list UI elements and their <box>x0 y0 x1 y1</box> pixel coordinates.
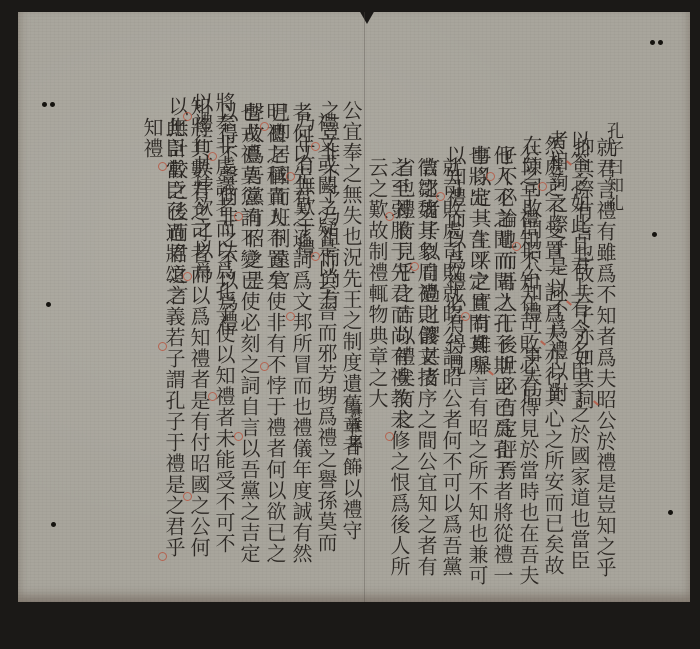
punctuation-mark <box>234 432 243 441</box>
punctuation-mark <box>512 242 521 251</box>
punctuation-mark <box>183 112 192 121</box>
punctuation-mark <box>260 362 269 371</box>
punctuation-mark <box>158 552 167 561</box>
punctuation-mark <box>385 432 394 441</box>
punctuation-mark <box>410 262 419 271</box>
punctuation-mark <box>260 122 269 131</box>
binding-hole <box>658 40 663 45</box>
punctuation-mark <box>385 212 394 221</box>
manuscript-leaf: 孔子曰知礼 就君言禮有雖爲不知者爲夫昭公於禮是豈知之乎抑其際有言也故夫子亦如其詞… <box>18 12 690 602</box>
punctuation-mark <box>286 172 295 181</box>
binding-hole <box>650 40 655 45</box>
binding-hole <box>51 522 56 527</box>
punctuation-mark <box>234 212 243 221</box>
punctuation-mark <box>286 312 295 321</box>
punctuation-mark <box>436 192 445 201</box>
punctuation-mark <box>311 252 320 261</box>
punctuation-mark <box>158 342 167 351</box>
punctuation-mark <box>183 272 192 281</box>
binding-hole <box>652 232 657 237</box>
center-fold <box>364 12 365 602</box>
punctuation-mark <box>183 492 192 501</box>
punctuation-mark <box>538 182 547 191</box>
punctuation-mark <box>311 142 320 151</box>
punctuation-mark <box>486 172 495 181</box>
text-column: 之至弱服于先君而尚有禮教未修之恨爲後人所云之歎故制禮輒物典章之大 <box>366 157 410 597</box>
punctuation-mark <box>208 392 217 401</box>
binding-hole <box>50 102 55 107</box>
binding-hole <box>668 510 673 515</box>
top-notch <box>359 10 375 24</box>
binding-hole <box>46 302 51 307</box>
punctuation-mark <box>208 152 217 161</box>
binding-hole <box>42 102 47 107</box>
punctuation-mark <box>158 162 167 171</box>
punctuation-mark <box>461 312 470 321</box>
